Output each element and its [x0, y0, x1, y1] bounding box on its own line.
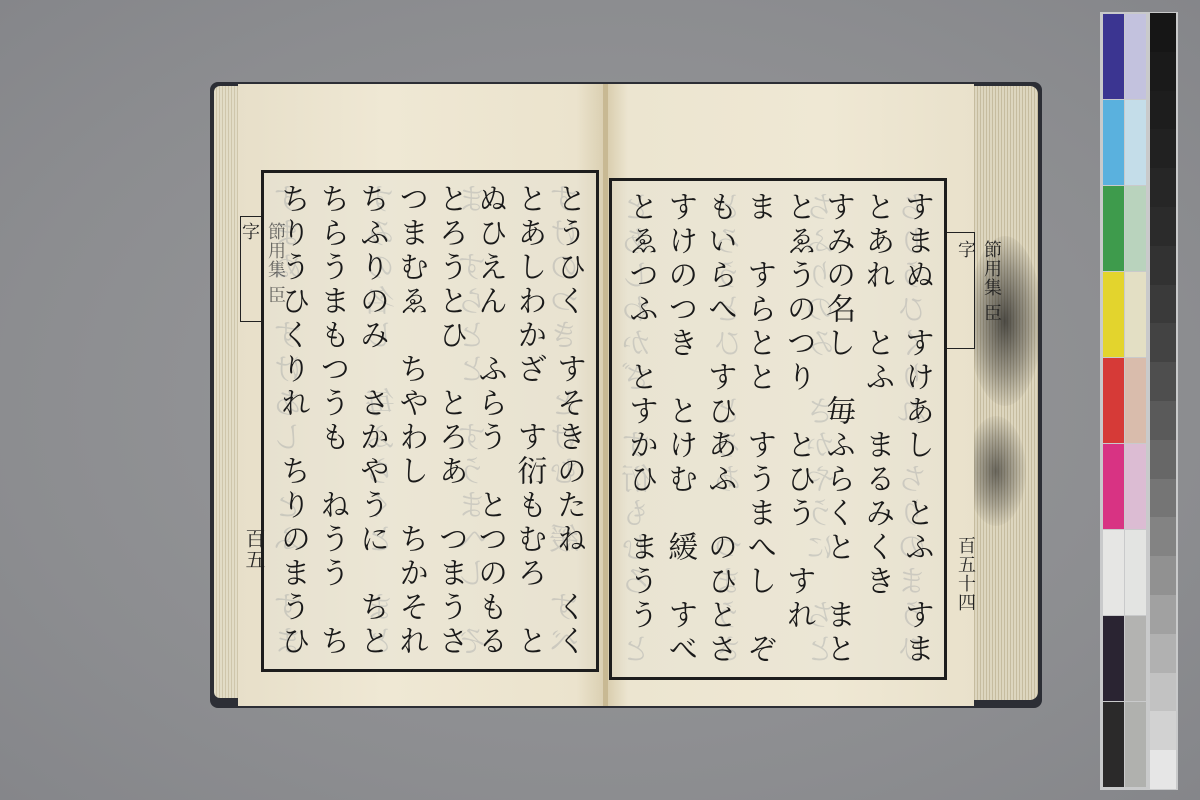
tint-patch — [1125, 530, 1146, 615]
right-text-frame: とあしわかざ す衍もむろ とそ とろうとひ とろあ つまうさへ ちふりのみ さか… — [609, 178, 947, 680]
text-column: とあしわかざ す衍もむろ とそ — [511, 183, 547, 659]
tint-patch — [1125, 186, 1146, 271]
gray-step-patch — [1150, 207, 1176, 246]
gray-step-patch — [1150, 323, 1176, 362]
right-page-number: 百五十四 — [952, 536, 978, 636]
gray-step-patch — [1150, 517, 1176, 556]
text-column: ちらうまもつうも ねうう ちやる — [313, 183, 349, 659]
text-column: すみの名し 毎ふらくと まとまあ — [819, 191, 855, 667]
right-text-columns: すまぬ すけあし とふ すまう とあれ とふ まるみくき すみの名し 毎ふらくと… — [622, 191, 934, 667]
color-calibration-chart — [1100, 12, 1178, 790]
ink-smudge — [966, 416, 1026, 526]
color-patch — [1103, 358, 1124, 443]
text-column: ま すらとと すうまへし ぞ — [740, 191, 776, 667]
left-text-frame: すまぬ すけあし とふ すまう すみの名し 毎ふらくと まとまあ ま すらとと … — [261, 170, 599, 672]
color-patch — [1103, 530, 1124, 615]
text-column: とゑうのつり とひう すれ — [780, 191, 816, 667]
gray-step-patch — [1150, 750, 1176, 789]
gray-step-patch — [1150, 711, 1176, 750]
color-patch — [1103, 14, 1124, 99]
text-column: とうひく すそきのたね くくさうく — [550, 183, 586, 659]
tint-patch — [1125, 616, 1146, 701]
right-margin-title: 節用集 臣字 — [952, 240, 1004, 340]
tint-patch — [1125, 272, 1146, 357]
text-column: ちりうひくりれ ちりのまうひ — [274, 183, 310, 659]
gray-step-patch — [1150, 401, 1176, 440]
color-patch — [1103, 616, 1124, 701]
gray-step-patch — [1150, 595, 1176, 634]
tint-patch — [1125, 14, 1146, 99]
gray-step-patch — [1150, 168, 1176, 207]
color-patch — [1103, 702, 1124, 787]
text-column: とろうとひ とろあ つまうさへ — [432, 183, 468, 659]
color-patch — [1103, 444, 1124, 529]
gray-step-patch — [1150, 479, 1176, 518]
gray-step-patch — [1150, 556, 1176, 595]
tint-patch — [1125, 100, 1146, 185]
text-column: つまむゑ ちやわし ちかそれい — [392, 183, 428, 659]
gray-step-patch — [1150, 13, 1176, 52]
tint-patch — [1125, 444, 1146, 529]
tint-patch — [1125, 702, 1146, 787]
text-column: とゑつふ とすかひ まうう — [622, 191, 658, 667]
gray-step-patch — [1150, 673, 1176, 712]
gray-step-patch — [1150, 246, 1176, 285]
text-column: ぬひえん ふらう とつのもるな — [471, 183, 507, 659]
gray-step-patch — [1150, 285, 1176, 324]
color-patch — [1103, 100, 1124, 185]
gray-step-patch — [1150, 634, 1176, 673]
tint-patch — [1125, 358, 1146, 443]
gray-step-patch — [1150, 362, 1176, 401]
text-column: すまぬ すけあし とふ すまう — [898, 191, 934, 667]
gray-step-patch — [1150, 129, 1176, 168]
book-gutter — [603, 84, 608, 706]
text-column: すけのつき とけむ 緩 すべおさ — [661, 191, 697, 667]
color-patch — [1103, 186, 1124, 271]
right-page-edges — [972, 86, 1038, 700]
text-column: とあれ とふ まるみくき — [859, 191, 895, 667]
gray-step-patch — [1150, 91, 1176, 130]
color-patch — [1103, 272, 1124, 357]
text-column: もいらへ すひあふ のひとさ — [701, 191, 737, 667]
text-column: ちふりのみ さかやうに ちとあらそひ — [353, 183, 389, 659]
gray-step-patch — [1150, 52, 1176, 91]
left-text-columns: とうひく すそきのたね くくさうく とあしわかざ す衍もむろ とそ ぬひえん ふ… — [274, 183, 586, 659]
gray-step-patch — [1150, 440, 1176, 479]
